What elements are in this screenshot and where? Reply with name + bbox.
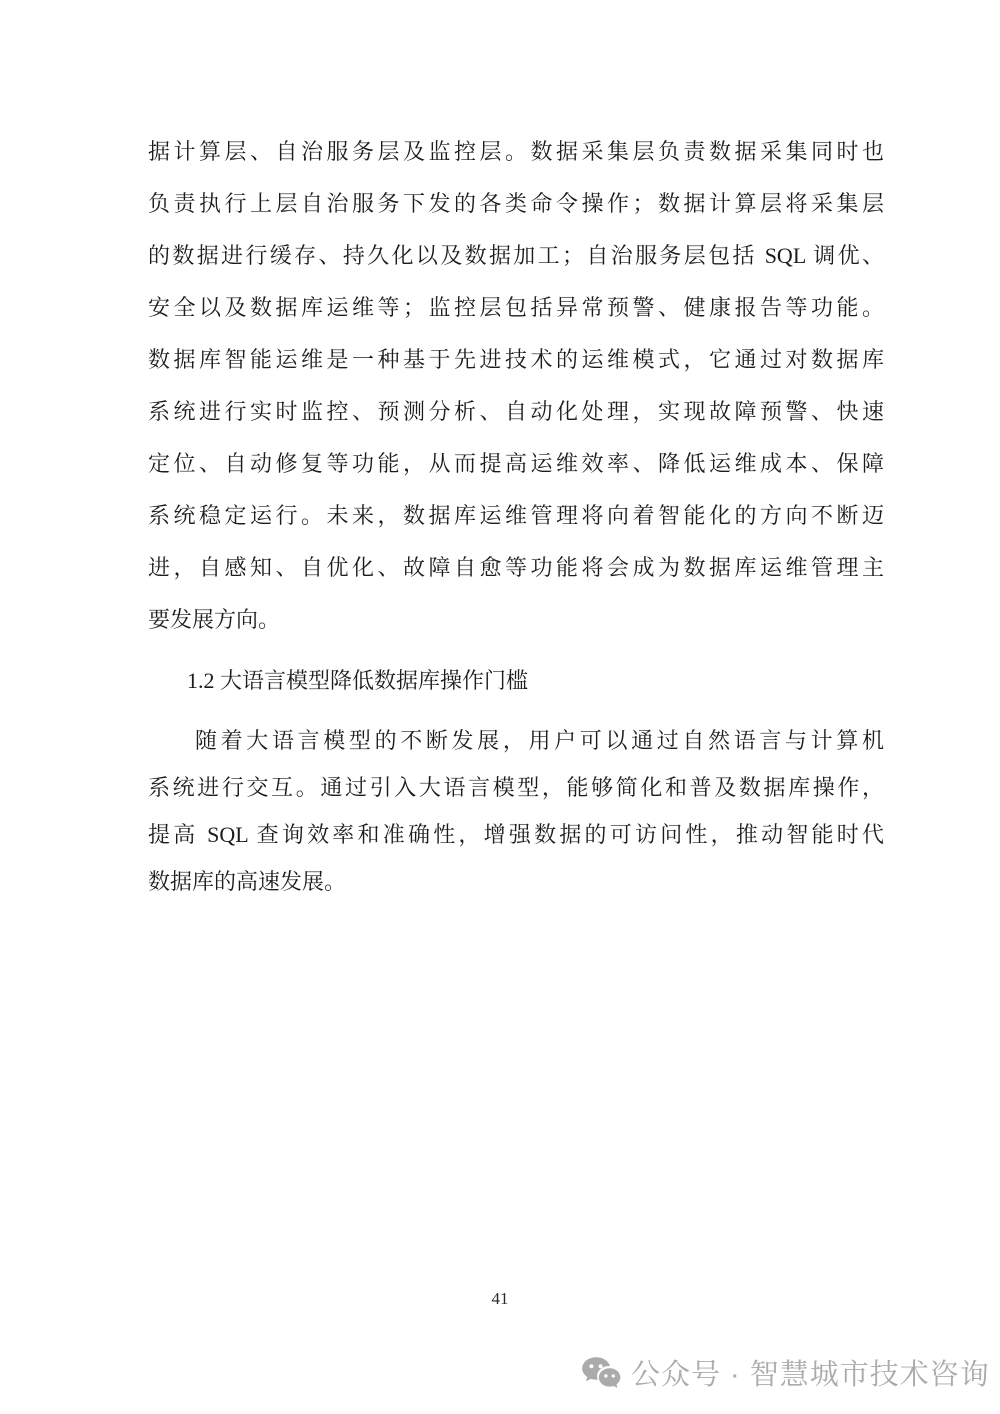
body-line: 系统进行交互。通过引入大语言模型，能够简化和普及数据库操作，: [148, 764, 884, 811]
wechat-watermark: 公众号 · 智慧城市技术咨询: [581, 1352, 990, 1393]
body-line: 据计算层、自治服务层及监控层。数据采集层负责数据采集同时也: [148, 126, 884, 178]
wechat-icon: [581, 1356, 621, 1390]
body-line: 进，自感知、自优化、故障自愈等功能将会成为数据库运维管理主: [148, 542, 884, 594]
body-line: 安全以及数据库运维等；监控层包括异常预警、健康报告等功能。: [148, 282, 884, 334]
body-line: 的数据进行缓存、持久化以及数据加工；自治服务层包括 SQL 调优、: [148, 230, 884, 282]
body-line: 随着大语言模型的不断发展，用户可以通过自然语言与计算机: [148, 717, 884, 764]
body-line: 定位、自动修复等功能，从而提高运维效率、降低运维成本、保障: [148, 438, 884, 490]
watermark-label: 公众号 · 智慧城市技术咨询: [631, 1352, 990, 1393]
paragraph-llm: 随着大语言模型的不断发展，用户可以通过自然语言与计算机 系统进行交互。通过引入大…: [148, 717, 884, 905]
body-line: 提高 SQL 查询效率和准确性，增强数据的可访问性，推动智能时代: [148, 811, 884, 858]
body-line: 系统稳定运行。未来，数据库运维管理将向着智能化的方向不断迈: [148, 490, 884, 542]
page-number: 41: [0, 1289, 1000, 1309]
body-line: 负责执行上层自治服务下发的各类命令操作；数据计算层将采集层: [148, 178, 884, 230]
body-line: 数据库的高速发展。: [148, 858, 884, 905]
section-heading-1-2: 1.2 大语言模型降低数据库操作门槛: [148, 661, 884, 701]
page-body-text: 据计算层、自治服务层及监控层。数据采集层负责数据采集同时也 负责执行上层自治服务…: [148, 126, 884, 905]
body-line: 系统进行实时监控、预测分析、自动化处理，实现故障预警、快速: [148, 386, 884, 438]
body-line: 要发展方向。: [148, 594, 884, 646]
document-page: 据计算层、自治服务层及监控层。数据采集层负责数据采集同时也 负责执行上层自治服务…: [0, 0, 1000, 1414]
body-line: 数据库智能运维是一种基于先进技术的运维模式，它通过对数据库: [148, 334, 884, 386]
paragraph-database-ops: 据计算层、自治服务层及监控层。数据采集层负责数据采集同时也 负责执行上层自治服务…: [148, 126, 884, 646]
